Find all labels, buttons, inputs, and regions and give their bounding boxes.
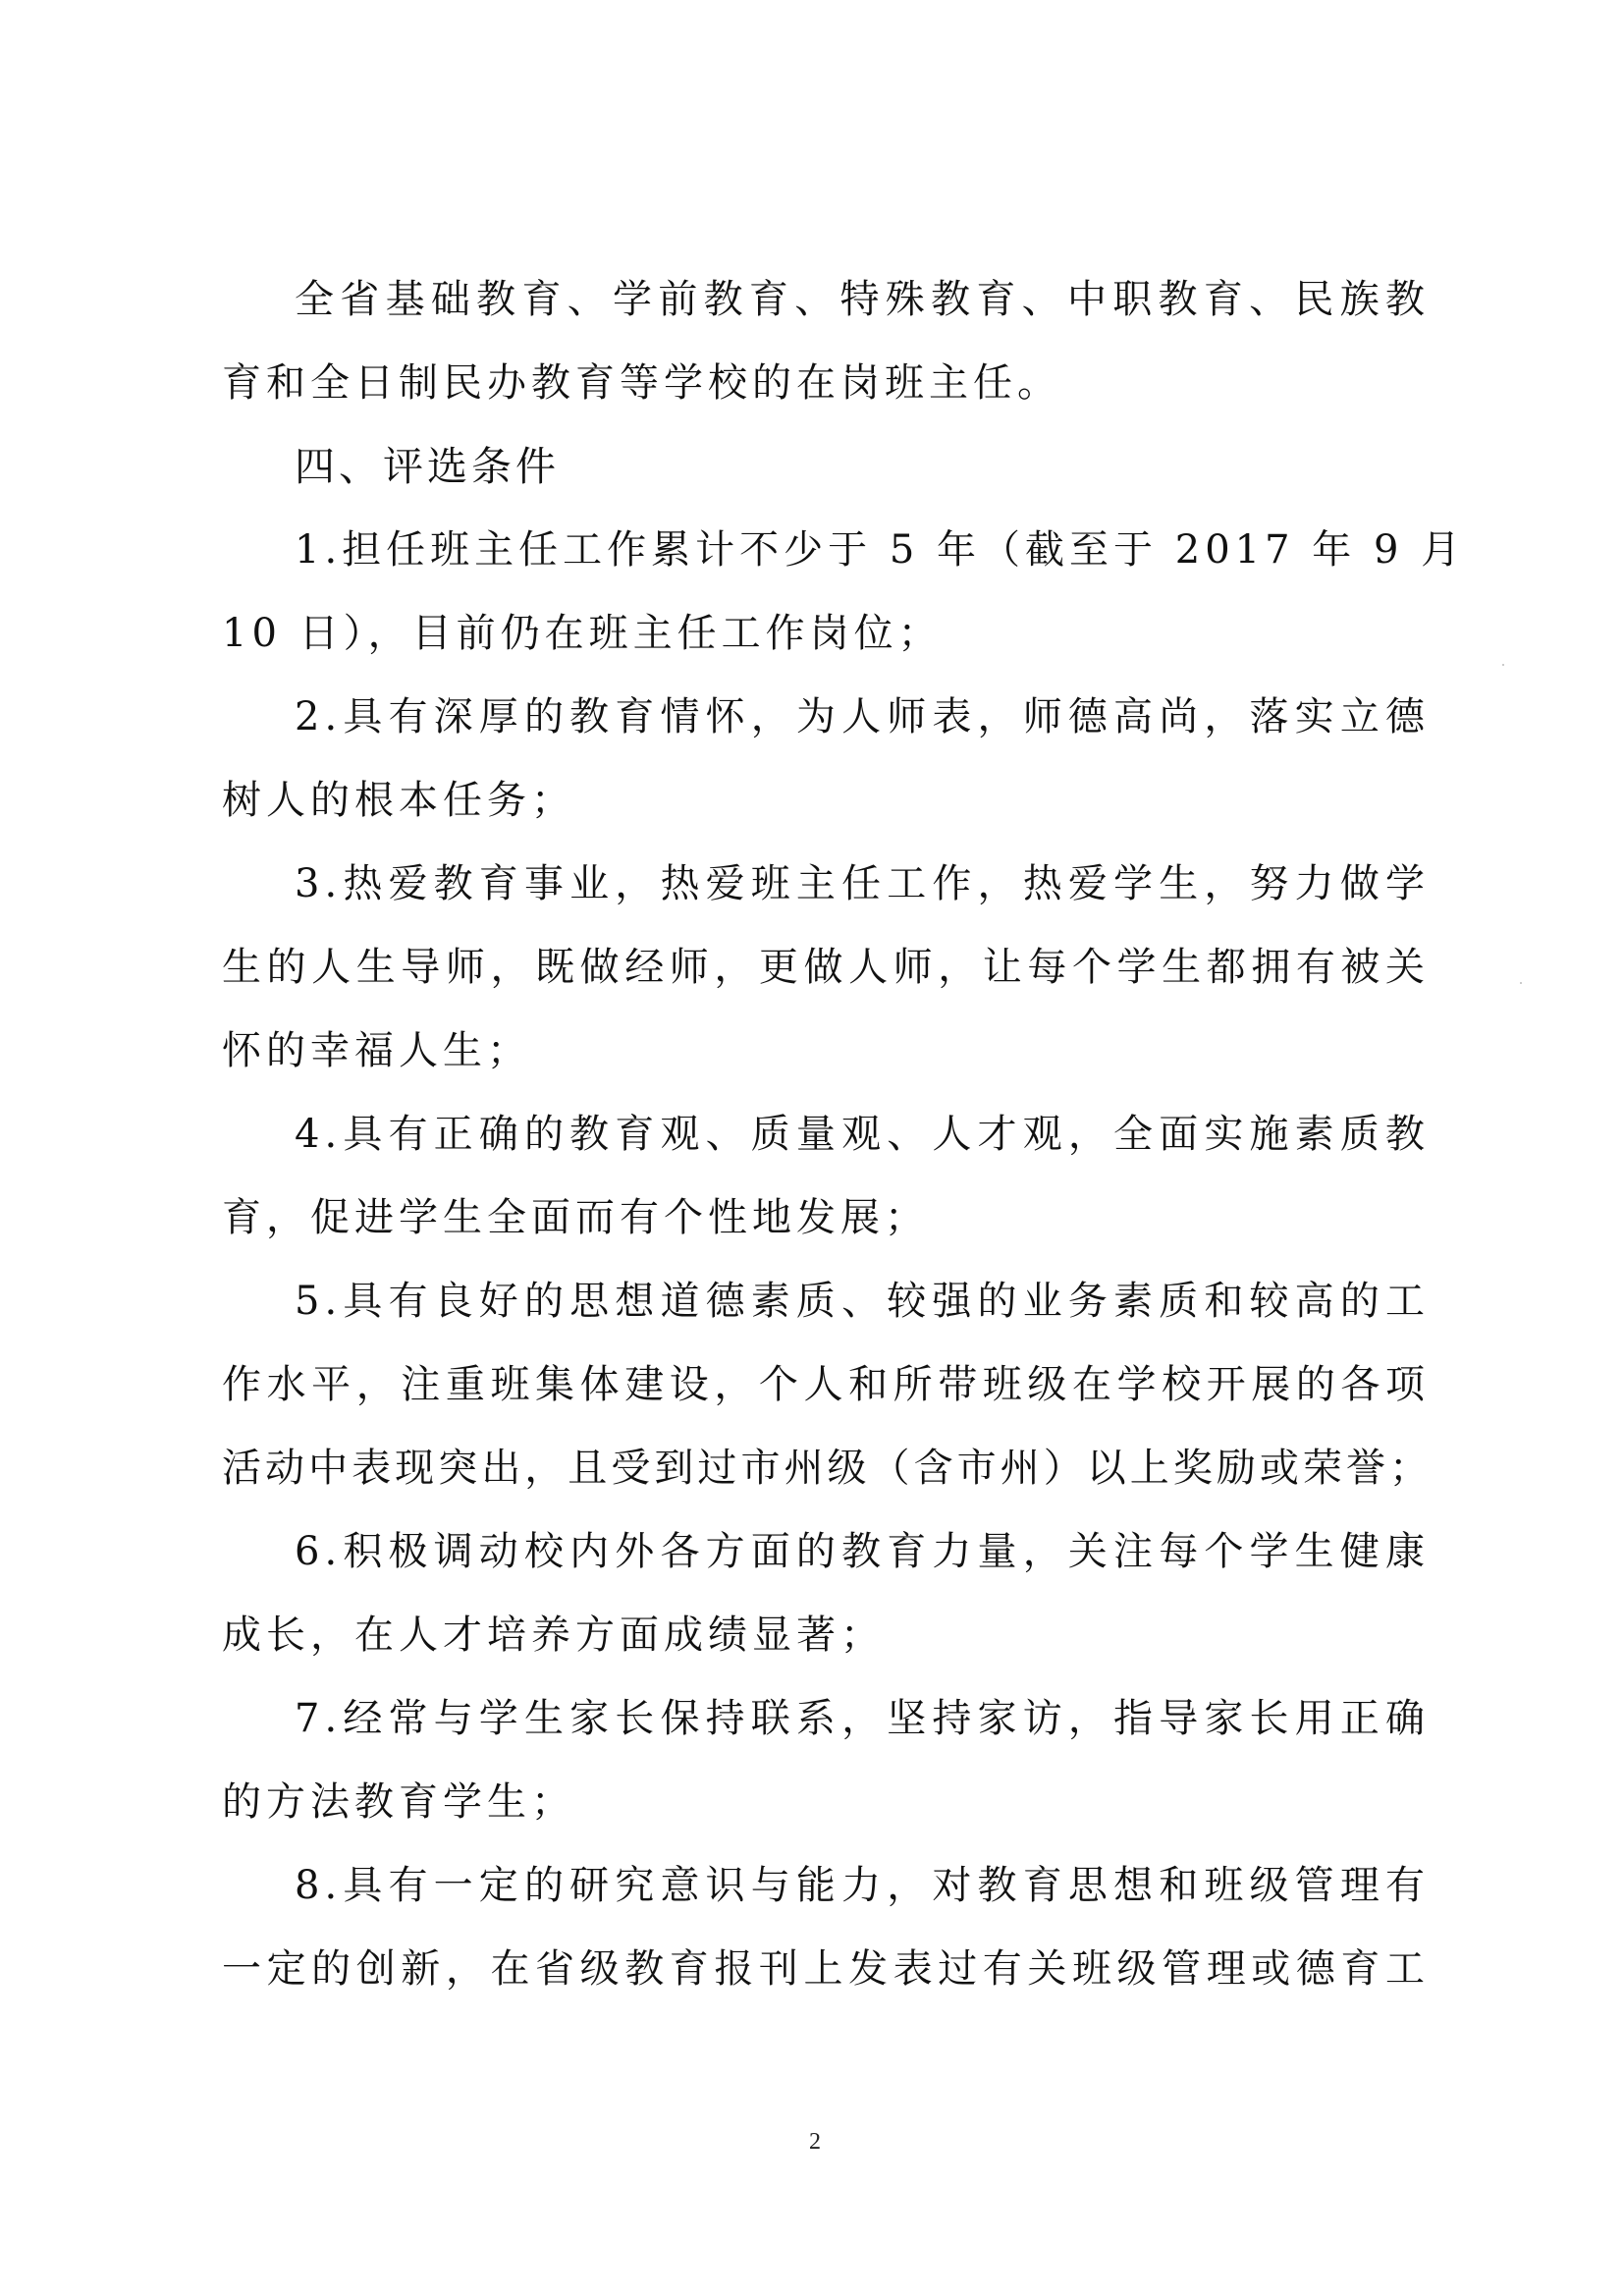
criterion-7-line-1: 7.经常与学生家长保持联系，坚持家访，指导家长用正确 xyxy=(295,1689,1430,1748)
criterion-3-line-2: 生的人生导师，既做经师，更做人师，让每个学生都拥有被关 xyxy=(222,938,1430,997)
criterion-3-line-1: 3.热爱教育事业，热爱班主任工作，热爱学生，努力做学 xyxy=(295,854,1430,913)
criterion-2-line-1: 2.具有深厚的教育情怀，为人师表，师德高尚，落实立德 xyxy=(295,687,1430,746)
intro-line-1: 全省基础教育、学前教育、特殊教育、中职教育、民族教 xyxy=(295,270,1430,329)
criterion-7-line-2: 的方法教育学生； xyxy=(222,1773,1430,1831)
section-heading: 四、评选条件 xyxy=(295,437,1430,496)
criterion-6-line-2: 成长，在人才培养方面成绩显著； xyxy=(222,1606,1430,1665)
criterion-5-line-3: 活动中表现突出，且受到过市州级（含市州）以上奖励或荣誉； xyxy=(222,1439,1430,1498)
criterion-5-line-2: 作水平，注重班集体建设，个人和所带班级在学校开展的各项 xyxy=(222,1355,1430,1414)
criterion-1-line-1: 1.担任班主任工作累计不少于 5 年（截至于 2017 年 9 月 xyxy=(295,520,1430,579)
criterion-3-line-3: 怀的幸福人生； xyxy=(222,1021,1430,1080)
document-page: 全省基础教育、学前教育、特殊教育、中职教育、民族教 育和全日制民办教育等学校的在… xyxy=(0,0,1623,2296)
criterion-2-line-2: 树人的根本任务； xyxy=(222,771,1430,830)
criterion-1-line-2: 10 日），目前仍在班主任工作岗位； xyxy=(222,604,1430,663)
criterion-6-line-1: 6.积极调动校内外各方面的教育力量，关注每个学生健康 xyxy=(295,1522,1430,1581)
criterion-8-line-2: 一定的创新，在省级教育报刊上发表过有关班级管理或德育工 xyxy=(222,1940,1430,1998)
criterion-4-line-1: 4.具有正确的教育观、质量观、人才观，全面实施素质教 xyxy=(295,1105,1430,1164)
criterion-4-line-2: 育，促进学生全面而有个性地发展； xyxy=(222,1188,1430,1247)
page-number: 2 xyxy=(795,2129,835,2156)
criterion-5-line-1: 5.具有良好的思想道德素质、较强的业务素质和较高的工 xyxy=(295,1272,1430,1331)
intro-line-2: 育和全日制民办教育等学校的在岗班主任。 xyxy=(222,354,1430,412)
scan-speck xyxy=(1520,982,1522,984)
criterion-8-line-1: 8.具有一定的研究意识与能力，对教育思想和班级管理有 xyxy=(295,1856,1430,1915)
scan-speck xyxy=(1502,664,1504,666)
